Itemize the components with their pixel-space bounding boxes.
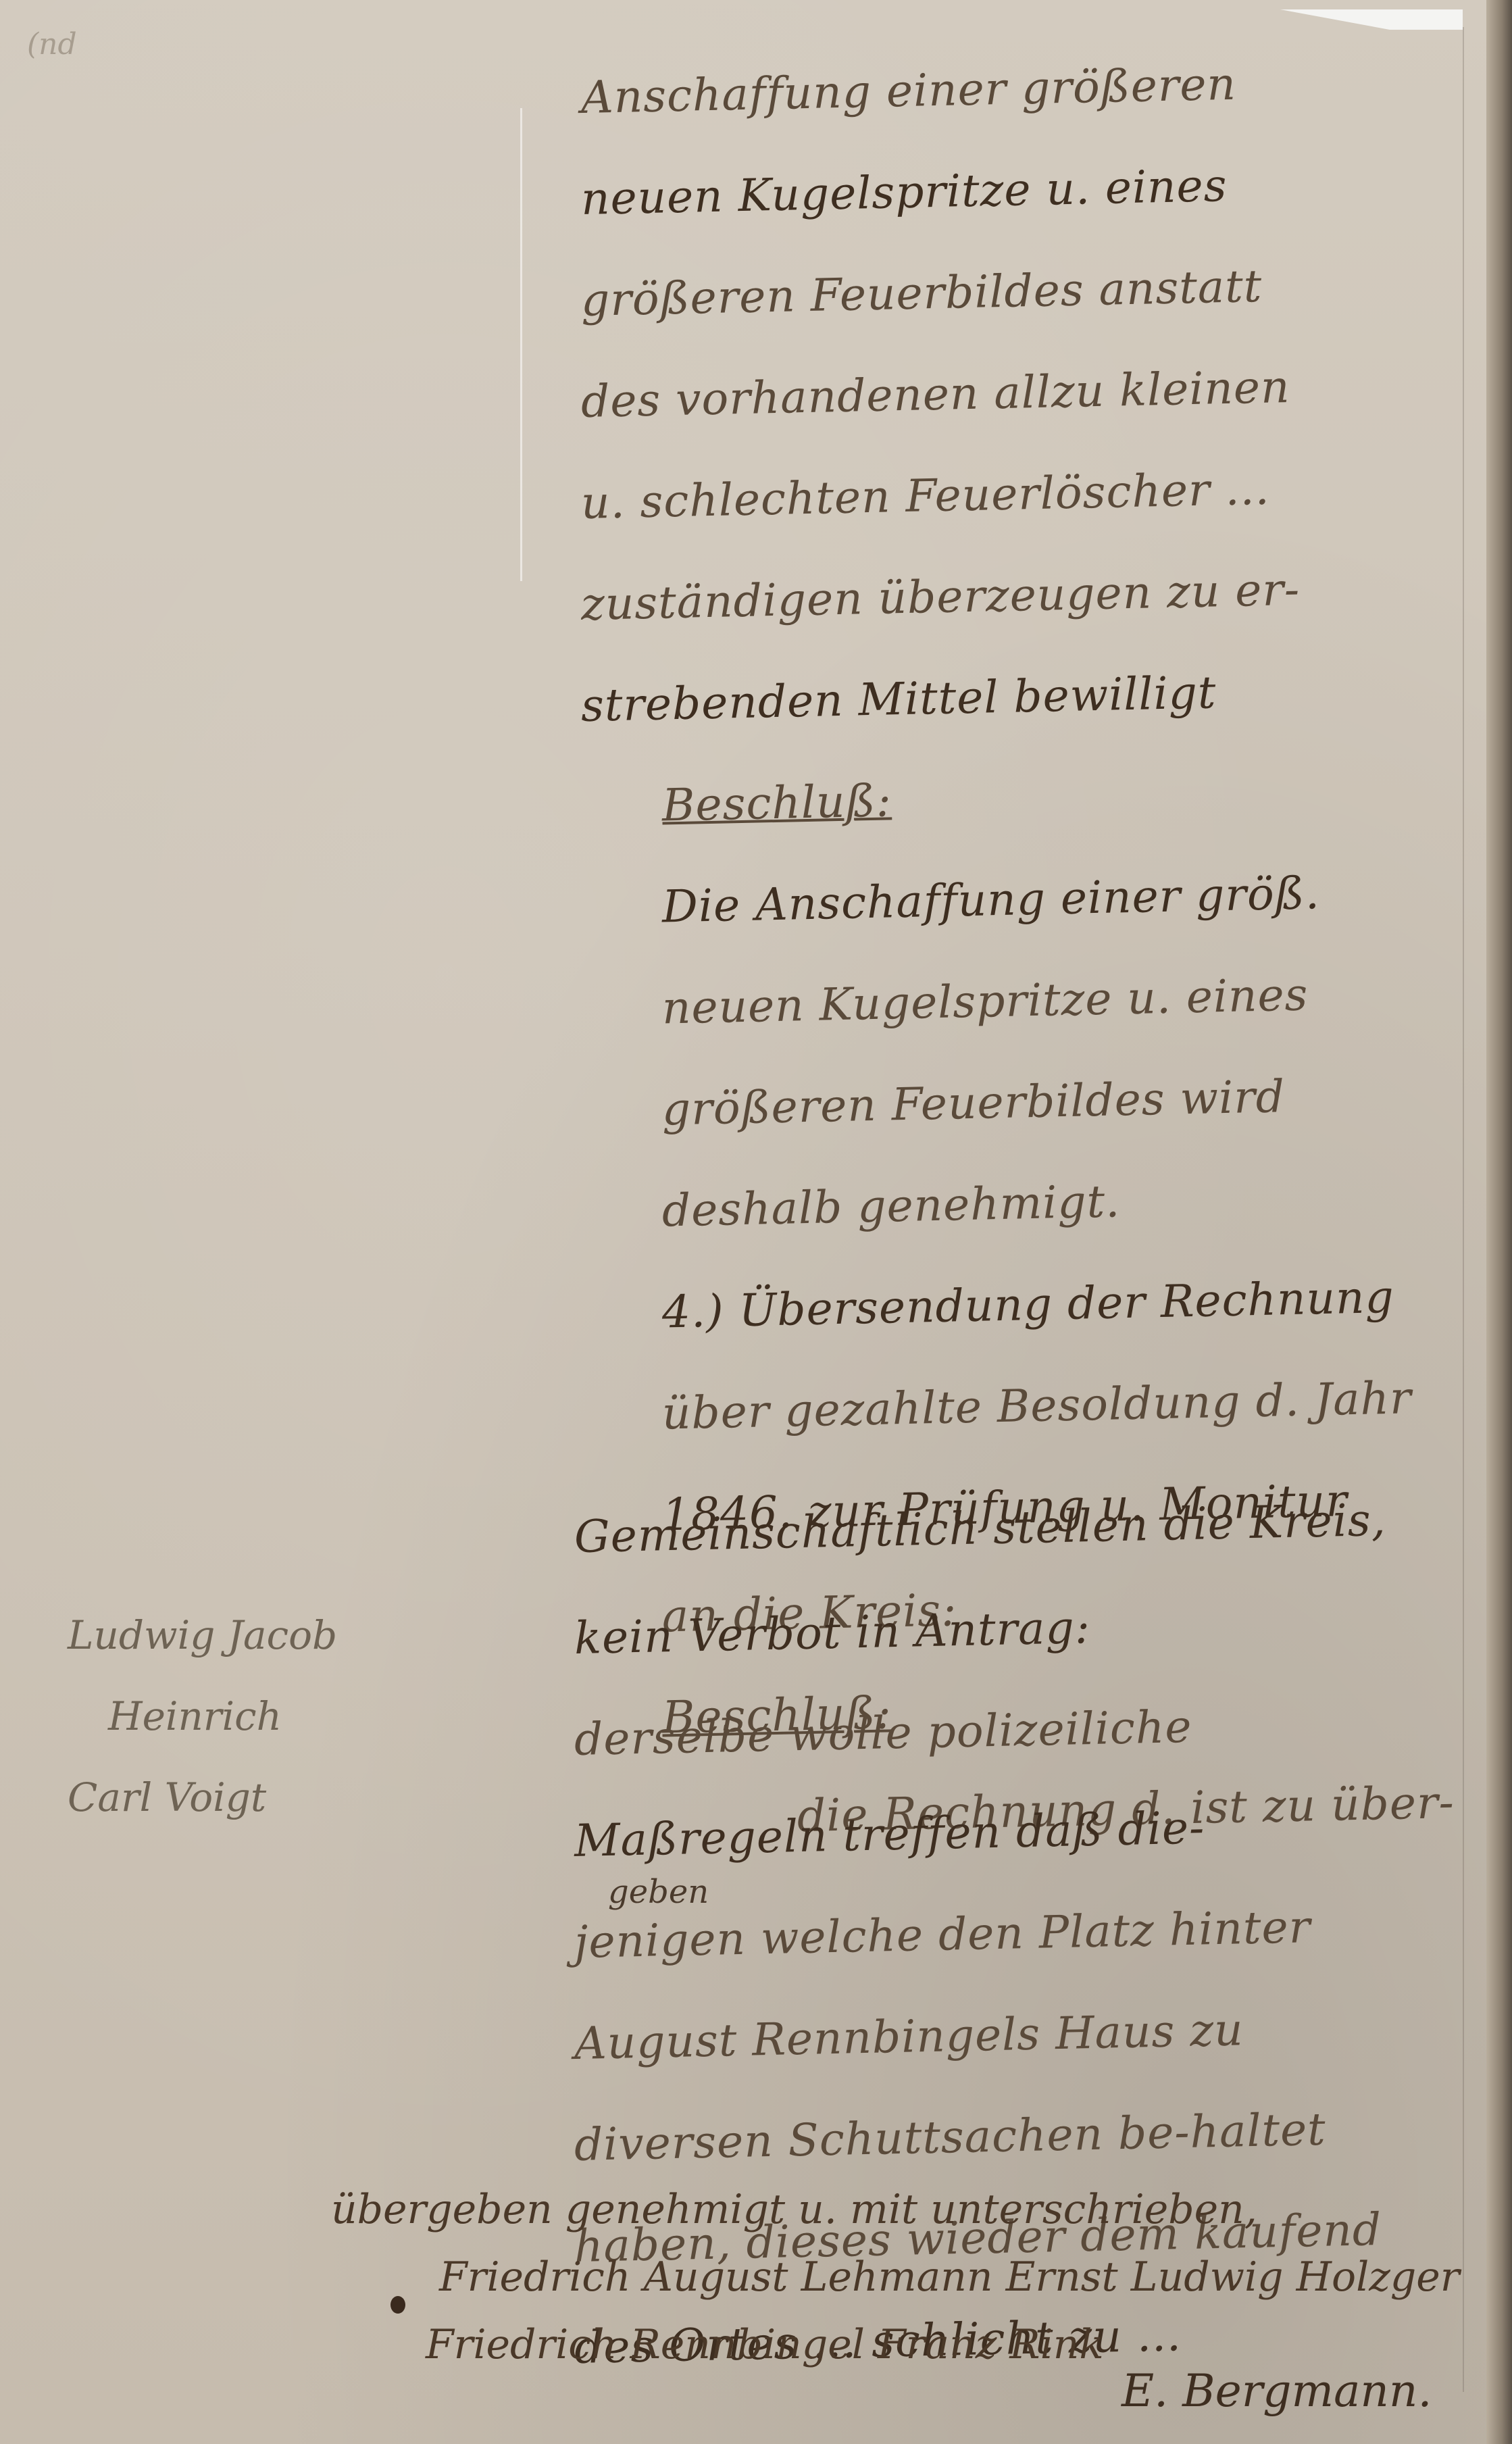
text-line: neuen Kugelspritze u. eines	[580, 941, 1460, 1061]
text-line: kein Verbot in Antrag:	[573, 1570, 1453, 1689]
text-line: größeren Feuerbildes wird	[580, 1043, 1460, 1162]
torn-corner	[1280, 9, 1463, 30]
text-line: deshalb genehmigt.	[580, 1144, 1460, 1264]
text-line: derselbe wolle polizeiliche	[573, 1671, 1453, 1791]
text-line: des vorhandenen allzu kleinen	[580, 333, 1460, 453]
corner-mark: (nd	[27, 27, 77, 61]
margin-signature: Heinrich	[68, 1676, 446, 1757]
binding-edge	[1486, 0, 1512, 2444]
text-line: zuständigen überzeugen zu er-	[580, 536, 1460, 655]
resolution-heading: Beschluß:	[580, 739, 1460, 858]
final-signature: E. Bergmann.	[1122, 2365, 1432, 2417]
closing-signatures: übergeben genehmigt u. mit unterschriebe…	[331, 2176, 1480, 2378]
text-line: u. schlechten Feuerlöscher ...	[580, 434, 1460, 554]
text-line: Gemeinschaftlich stellen die Kreis,	[573, 1468, 1453, 1588]
text-line: jenigen welche den Platz hinter	[573, 1874, 1453, 1993]
text-line: größeren Feuerbildes anstatt	[580, 232, 1460, 351]
text-line: neuen Kugelspritze u. eines	[580, 130, 1460, 250]
margin-signature: Carl Voigt	[68, 1757, 446, 1838]
agenda-item-4: 4.) Übersendung der Rechnung	[580, 1245, 1460, 1365]
manuscript-page: (nd Anschaffung einer größeren neuen Kug…	[0, 0, 1486, 2444]
text-line: über gezahlte Besoldung d. Jahr	[580, 1347, 1460, 1466]
page-edge-line	[1463, 27, 1464, 2392]
text-line: strebenden Mittel bewilligt	[580, 637, 1460, 757]
margin-signatures: Ludwig Jacob Heinrich Carl Voigt	[68, 1595, 446, 1838]
text-line: Anschaffung einer größeren	[580, 29, 1460, 149]
signatory-line: Friedrich August Lehmann Ernst Ludwig Ho…	[331, 2243, 1480, 2311]
fold-highlight	[520, 108, 522, 581]
closing-line: übergeben genehmigt u. mit unterschriebe…	[331, 2176, 1480, 2243]
margin-signature: Ludwig Jacob	[68, 1595, 446, 1676]
text-line: August Rennbingels Haus zu	[573, 1975, 1453, 2095]
ink-blot	[390, 2296, 405, 2314]
text-line: Die Anschaffung einer größ.	[580, 840, 1460, 959]
text-line: Maßregeln treffen daß die-	[573, 1772, 1453, 1892]
